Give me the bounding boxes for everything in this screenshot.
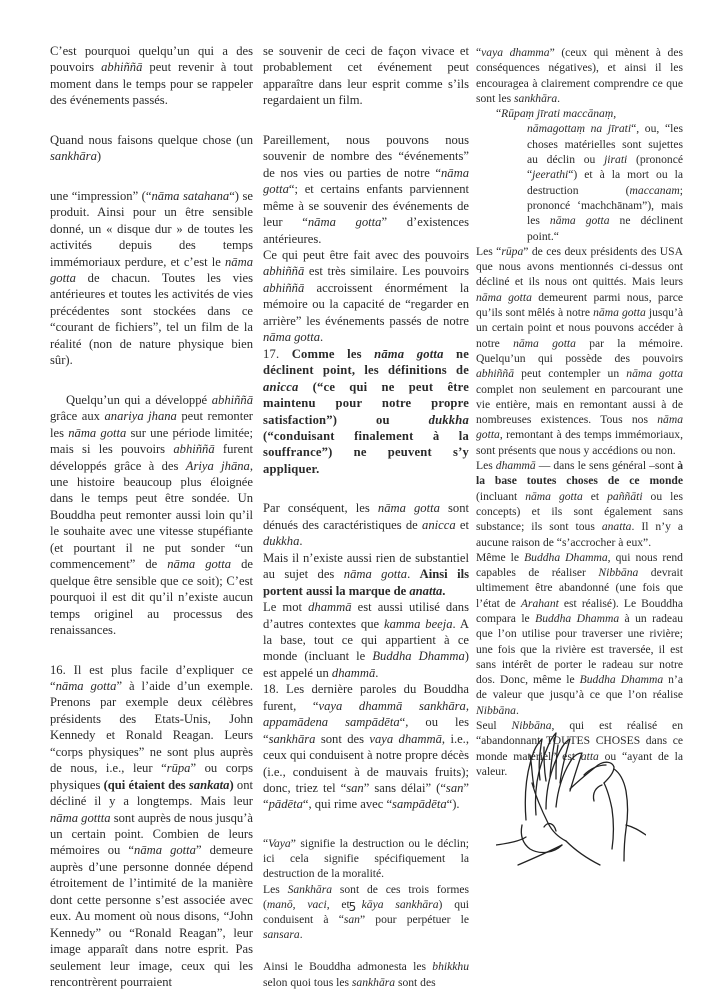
emphasis: Comme les nāma gotta ne déclinent point,… [263,347,469,476]
pali-term: nāma gotta [263,166,469,196]
pali-term: dhammā [496,459,536,472]
pali-term: sampādēta [392,797,447,811]
pali-term: nāma gotta [167,557,231,571]
pali-term: nāma satahana [151,189,229,203]
pali-term: nāma gotta [134,843,196,857]
pali-term: nāma gotta [68,426,126,440]
pali-term: Buddha Dhamma [372,649,464,663]
paragraph: se souvenir de ceci de façon vivace et p… [263,43,469,109]
paragraph: Les “rūpa” de ces deux présidents des US… [476,244,683,458]
pali-term: nāma gotta [263,330,320,344]
pali-term: sankhāra [269,732,316,746]
pali-term: sansara [263,928,300,941]
section-16-paragraph: 16. Il est plus facile d’expliquer ce “n… [50,662,253,991]
pali-term: sankhāra [352,976,395,989]
section-18-paragraph: 18. Les dernière paroles du Bouddha fure… [263,681,469,813]
pali-term: sankhāra [514,92,557,105]
pali-term: san [346,781,364,795]
pali-term: san [446,781,464,795]
pali-term: anicca [263,380,298,394]
paragraph: Quand nous faisons quelque chose (un san… [50,132,253,165]
pali-term: maccanam [630,184,680,197]
pali-term: nāma gotta [476,413,683,441]
pali-term: abhiññā [263,264,304,278]
paragraph: une “impression” (“nāma satahana“) se pr… [50,188,253,369]
paragraph: C’est pourquoi quelqu’un qui a des pouvo… [50,43,253,109]
paragraph: Le mot dhammā est aussi utilisé dans d’a… [263,599,469,681]
pali-term: dukkha [429,413,469,427]
pali-term: abhiññā [173,442,214,456]
paragraph: Par conséquent, les nāma gotta sont dénu… [263,500,469,549]
praying-hands-icon [496,725,646,870]
pali-term: dukkha [263,534,299,548]
pali-term: abhiññā [101,60,142,74]
pali-term: paññāti [607,490,642,503]
pali-term: Ariya jhāna [186,459,250,473]
quote-first-line: “Rūpaṃ jīrati maccānaṃ, [496,107,616,120]
pali-term: anicca [422,518,456,532]
paragraph: Même le Buddha Dhamma, qui nous rend cap… [476,550,683,718]
pali-term: bhikkhu [432,960,469,973]
pali-term: nāma gotta [525,490,583,503]
page-number: 5 [0,900,705,914]
pali-term: nāma gotta [593,306,646,319]
middle-column: se souvenir de ceci de façon vivace et p… [263,43,469,990]
pali-term: anariya jhana [104,409,176,423]
pali-term: nāma gotta [374,347,443,361]
pali-term: vaya dhammā [369,732,442,746]
pali-term: nāma gotta [378,501,440,515]
paragraph: Ce qui peut être fait avec des pouvoirs … [263,247,469,346]
pali-term: abhiññā [263,281,304,295]
pali-term: jirati [604,153,627,166]
pali-term: vaya dhammā sankhāra, appamādena sampādē… [263,699,469,729]
pali-term: Sankhāra [288,883,332,896]
pali-term: nāma gotta [513,337,576,350]
pali-term: Buddha Dhamma [580,673,664,686]
pali-term: sankata [189,778,230,792]
pali-term: jeerathi [532,168,568,181]
pali-term: nāma gotta [308,215,382,229]
pali-term: nāma gotta [50,255,253,285]
pali-term: Vaya [268,837,291,850]
pali-term: Buddha Dhamma [524,551,608,564]
pali-term: Nibbāna [598,566,638,579]
pali-term: nāmagottaṃ na jīrati [527,122,631,135]
pali-term: nāma gotta [626,367,683,380]
pali-term: rūpa [501,245,523,258]
paragraph: “Vaya” signifie la destruction ou le déc… [263,836,469,882]
left-column: C’est pourquoi quelqu’un qui a des pouvo… [50,43,253,991]
pali-term: nāma gotta [56,679,117,693]
pali-term: san [344,913,360,926]
pali-term: kamma beeja [384,617,453,631]
pali-term: anatta [602,520,632,533]
pali-term: nāma gotta [344,567,407,581]
paragraph: “vaya dhamma” (ceux qui mènent à des con… [476,45,683,106]
pali-term: Buddha Dhamma [535,612,619,625]
pali-term: dhammā [308,600,351,614]
pali-term: vaya dhamma [481,46,549,59]
pali-term: nāma gotta [476,291,532,304]
pali-term: Rūpaṃ jīrati maccānaṃ, [501,107,616,120]
paragraph: Ainsi le Bouddha admonesta les bhikkhu s… [263,959,469,989]
pali-term: abhiññā [476,367,514,380]
pali-term: Nibbāna [476,704,516,717]
quote-body: nāmagottaṃ na jīrati“, ou, “les choses m… [496,121,683,243]
pali-term: anatta [409,584,442,598]
paragraph: Pareillement, nous pouvons nous souvenir… [263,132,469,247]
paragraph: Mais il n’existe aussi rien de substanti… [263,550,469,599]
section-17-heading: 17. Comme les nāma gotta ne déclinent po… [263,346,469,478]
paragraph: Les dhammā — dans le sens général –sont … [476,458,683,550]
emphasis: (qui étaient des sankata) [104,778,234,792]
pali-term: abhiññā [212,393,253,407]
pali-term: Arahant [521,597,559,610]
pali-term: nāma gottta [50,811,111,825]
pali-term: pādēta [269,797,303,811]
pali-term: dhammā [332,666,375,680]
paragraph: Quelqu’un qui a développé abhiññā grâce … [50,392,253,639]
block-quote: “Rūpaṃ jīrati maccānaṃ, nāmagottaṃ na jī… [496,106,683,244]
pali-term: sankhāra [50,149,97,163]
pali-term: nāma gotta [550,214,610,227]
pali-term: rūpa [167,761,191,775]
right-column: “vaya dhamma” (ceux qui mènent à des con… [476,45,683,779]
